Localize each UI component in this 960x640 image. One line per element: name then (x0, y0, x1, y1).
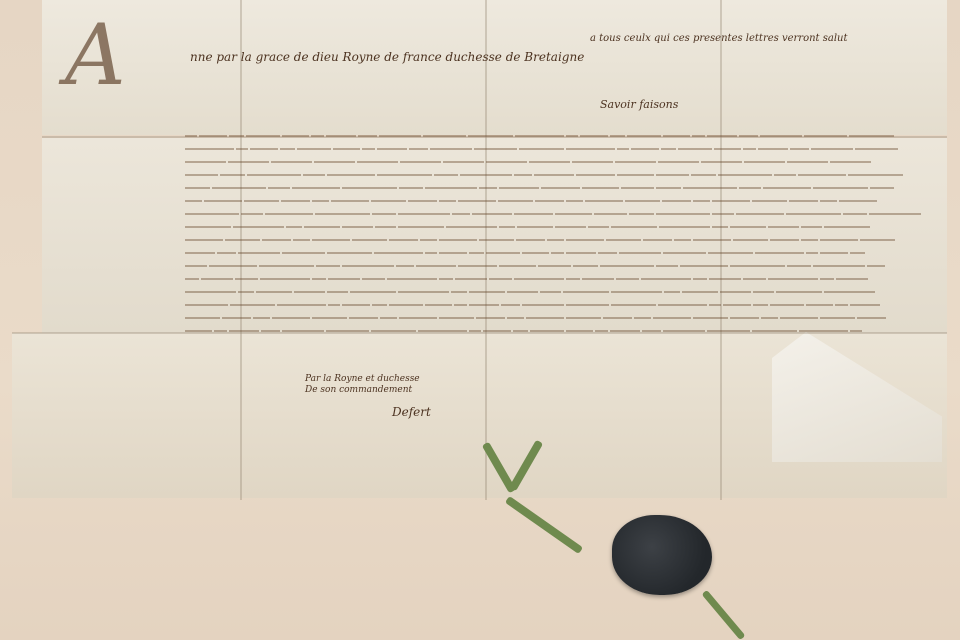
handwriting-line (185, 286, 935, 299)
document-address: a tous ceulx qui ces presentes lettres v… (590, 33, 848, 44)
handwriting-line (185, 208, 935, 221)
handwriting-line (185, 143, 935, 156)
handwriting-line (185, 156, 935, 169)
document-incipit: nne par la grace de dieu Royne de france… (190, 50, 584, 64)
handwriting-line (185, 169, 935, 182)
wax-seal (612, 515, 712, 595)
handwriting-line (185, 299, 935, 312)
handwriting-line (185, 130, 935, 143)
secretary-signature: Defert (392, 405, 431, 419)
handwriting-line (185, 221, 935, 234)
handwriting-line (185, 273, 935, 286)
handwriting-line (185, 260, 935, 273)
subscription-line: De son commandement (305, 385, 420, 396)
subscription: Par la Royne et duchesse De son commande… (305, 374, 420, 396)
handwriting-line (185, 182, 935, 195)
handwriting-line (185, 312, 935, 325)
subscription-line: Par la Royne et duchesse (305, 374, 420, 385)
handwriting-line (185, 195, 935, 208)
handwriting-line (185, 247, 935, 260)
charter-body-text (185, 130, 935, 338)
handwriting-line (185, 234, 935, 247)
handwriting-line (185, 325, 935, 338)
document-clause: Savoir faisons (600, 98, 678, 111)
